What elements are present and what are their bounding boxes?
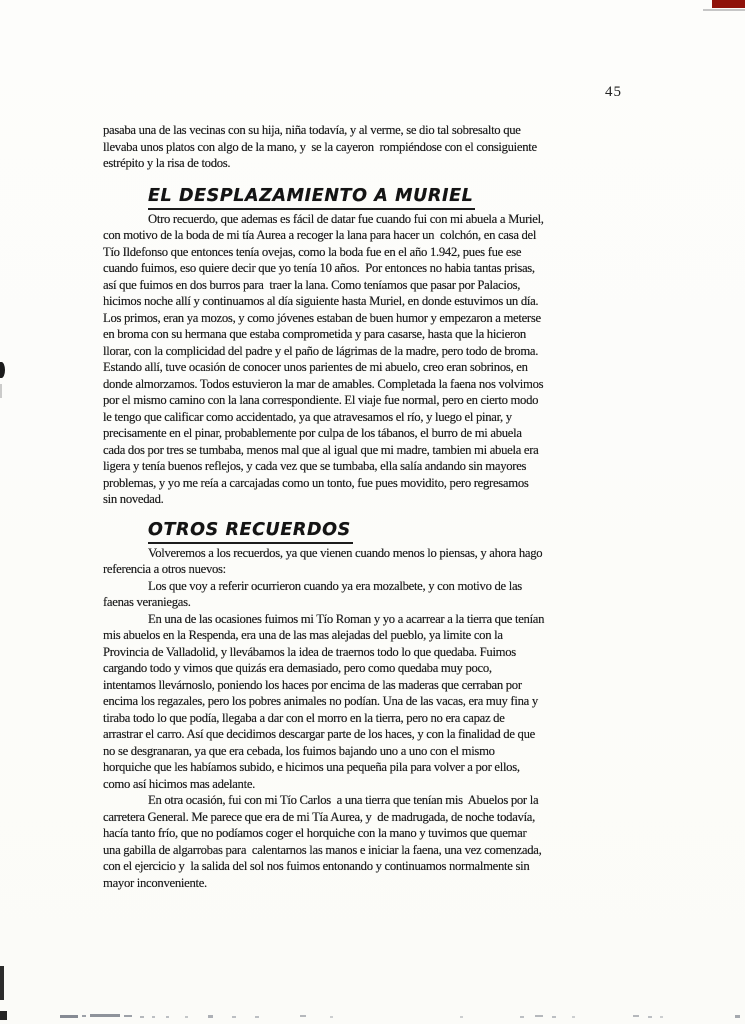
heading-el-desplazamiento-a-muriel: EL DESPLAZAMIENTO A MURIEL [148, 185, 475, 210]
text-line: mis abuelos en la Respenda, era una de l… [103, 627, 688, 644]
text-line: estrépito y la risa de todos. [103, 155, 688, 172]
scan-speck [208, 1015, 213, 1018]
scan-speck [648, 1016, 652, 1018]
heading-otros-recuerdos: OTROS RECUERDOS [148, 519, 353, 544]
text-line: hacía tanto frío, que no podíamos coger … [103, 825, 688, 842]
text-line: así que fuimos en dos burros para traer … [103, 277, 688, 294]
text-line: En una de las ocasiones fuimos mi Tío Ro… [103, 611, 688, 628]
scan-speck [300, 1015, 306, 1017]
text-line: faenas veraniegas. [103, 594, 688, 611]
scan-speck [185, 1016, 188, 1018]
text-line: donde almorzamos. Todos estuvieron la ma… [103, 376, 688, 393]
text-line: ligera y tenía buenos reflejos, y cada v… [103, 458, 688, 475]
scan-speck [660, 1016, 663, 1018]
text-line: Estando allí, tuve ocasión de conocer un… [103, 359, 688, 376]
scan-speck [124, 1015, 132, 1017]
text-line: En otra ocasión, fui con mi Tío Carlos a… [103, 792, 688, 809]
text-line: cada dos por tres se tumbaba, menos mal … [103, 442, 688, 459]
text-line: intentamos llevárnoslo, poniendo los hac… [103, 677, 688, 694]
scan-corner-underline [703, 9, 745, 11]
scan-speck [330, 1016, 333, 1018]
text-line: una gabilla de algarrobas para calentarn… [103, 842, 688, 859]
text-line: precisamente en el pinar, probablemente … [103, 425, 688, 442]
text-line: arrastrar el carro. Así que decidimos de… [103, 726, 688, 743]
scan-speck [60, 1015, 78, 1018]
bottom-edge-bar [0, 966, 4, 1000]
scanned-document-page: 45 pasaba una de las vecinas con su hija… [0, 0, 745, 1024]
text-line: referencia a otros nuevos: [103, 561, 688, 578]
scan-speck [572, 1016, 575, 1018]
left-edge-smudge [0, 384, 2, 398]
text-line: Los primos, eran ya mozos, y como jóvene… [103, 310, 688, 327]
text-line: como así hicimos mas adelante. [103, 776, 688, 793]
text-line: problemas, y yo me reía a carcajadas com… [103, 475, 688, 492]
text-line: no se desgranaran, ya que era cebada, lo… [103, 743, 688, 760]
intro-continuation-paragraph: pasaba una de las vecinas con su hija, n… [103, 122, 688, 172]
scan-corner-mark [712, 0, 745, 8]
text-line: con motivo de la boda de mi tía Aurea a … [103, 227, 688, 244]
text-line: encima los regazales, pero los pobres an… [103, 693, 688, 710]
scan-speck [90, 1014, 120, 1017]
text-line: carretera General. Me parece que era de … [103, 809, 688, 826]
left-edge-mark [0, 362, 5, 378]
scan-speck [232, 1016, 236, 1018]
scan-speck [140, 1016, 144, 1018]
text-line: tiraba todo lo que podía, llegaba a dar … [103, 710, 688, 727]
scan-speck [166, 1016, 169, 1018]
document-body: pasaba una de las vecinas con su hija, n… [103, 0, 688, 891]
scan-speck [82, 1015, 86, 1017]
text-line: llevaba unos platos con algo de la mano,… [103, 139, 688, 156]
text-line: con el ejercicio y la salida del sol nos… [103, 858, 688, 875]
scan-speck [520, 1016, 524, 1018]
scan-speck [633, 1015, 639, 1017]
otros-recuerdos-paragraph: Volveremos a los recuerdos, ya que viene… [103, 545, 688, 892]
scan-speck [735, 1015, 740, 1018]
text-line: sin novedad. [103, 491, 688, 508]
text-line: por el mismo camino con la lana correspo… [103, 392, 688, 409]
text-line: Tío Ildefonso que entonces tenía ovejas,… [103, 244, 688, 261]
text-line: Los que voy a referir ocurrieron cuando … [103, 578, 688, 595]
scan-speck [460, 1016, 463, 1018]
text-line: hicimos noche allí y continuamos al día … [103, 293, 688, 310]
text-line: mayor inconveniente. [103, 875, 688, 892]
scan-speck [152, 1016, 155, 1018]
text-line: horquiche que les habíamos subido, e hic… [103, 759, 688, 776]
muriel-paragraph: Otro recuerdo, que ademas es fácil de da… [103, 211, 688, 508]
text-line: pasaba una de las vecinas con su hija, n… [103, 122, 688, 139]
bottom-edge-square [0, 1011, 7, 1020]
text-line: Otro recuerdo, que ademas es fácil de da… [103, 211, 688, 228]
text-line: le tengo que calificar como accidentado,… [103, 409, 688, 426]
text-line: en broma con su hermana que estaba compr… [103, 326, 688, 343]
scan-speck [552, 1016, 556, 1018]
scan-speck [535, 1015, 543, 1017]
text-line: llorar, con la complicidad del padre y e… [103, 343, 688, 360]
scan-speck [255, 1016, 259, 1018]
text-line: cargando todo y vimos que quizás era dem… [103, 660, 688, 677]
text-line: Volveremos a los recuerdos, ya que viene… [103, 545, 688, 562]
text-line: Provincia de Valladolid, y llevábamos la… [103, 644, 688, 661]
text-line: cuando fuimos, eso quiere decir que yo t… [103, 260, 688, 277]
